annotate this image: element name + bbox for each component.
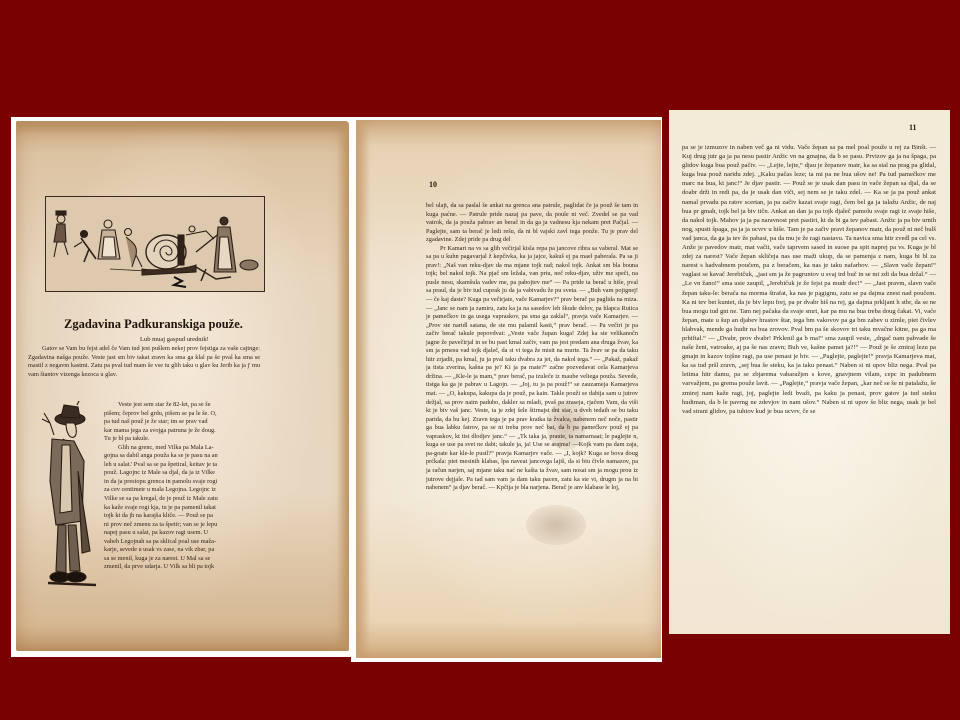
text-line: gojna sa dabil anga použa ka se je pasu … — [104, 452, 260, 461]
text-line: za cev centimetr u mala Legojna. Legojnc… — [104, 486, 260, 495]
old-man-with-umbrella-icon — [30, 401, 100, 596]
text-line: Vilke se sa pa kregal, de je použ iz Mal… — [104, 495, 260, 504]
paper-stain — [526, 505, 586, 545]
text-line: sa se menil, kuga je za narest. U Mal sa… — [104, 555, 260, 564]
aged-paper-sheet: Zgadavina Padkuranskiga použe. Lub muaj … — [16, 121, 349, 651]
paragraph: Pr Kamari na vs sa glih večirjal kisla r… — [426, 245, 638, 493]
old-man-illustration — [30, 401, 100, 596]
text-line: napej pasu u salat, pa kazov ragi usem. … — [104, 529, 260, 538]
text-line: ka kaže svaje rogi kja, tu je pa pamenil… — [104, 504, 260, 513]
text-line: karje, sevede u usak vs zase, na vik zba… — [104, 546, 260, 555]
text-line: ni prov neč zmenu za ta špetir; van se j… — [104, 521, 260, 530]
comic-scene-icon — [46, 197, 263, 290]
paragraph: bel ulajt, da sa paslal še ankat na gren… — [426, 202, 638, 245]
page-photo-left: Zgadavina Padkuranskiga použe. Lub muaj … — [11, 117, 351, 657]
text-line: vabeh Legojnah sa pa sklical poal use ma… — [104, 538, 260, 547]
intro-paragraph: Gatov se Vam bu fejst adel če Vam tud je… — [28, 345, 260, 379]
aged-paper-sheet: 11 pa se je izmuzov in naben več ga ni v… — [669, 110, 950, 634]
page-body-text: bel ulajt, da sa paslal še ankat na gren… — [426, 202, 638, 493]
text-line: Glih na grenc, med Vilka pa Mala La- — [104, 444, 260, 453]
page-photo-middle: 10 bel ulajt, da sa paslal še ankat na g… — [351, 117, 662, 662]
text-line: kar mama jega za svojga patruna je že do… — [104, 427, 260, 436]
text-line: in da ja prestopu grenca in pamolu svaje… — [104, 478, 260, 487]
story-title: Zgadavina Padkuranskiga použe. — [64, 317, 243, 332]
text-line: tojk kt da jh na karajša kliče. — Použ s… — [104, 512, 260, 521]
salutation: Lub muaj gaspud urednik! — [140, 336, 209, 343]
side-text-column: Veste jest sem star že 82-let, pa se še … — [104, 401, 260, 572]
aged-paper-sheet: 10 bel ulajt, da sa paslal še ankat na g… — [356, 120, 661, 658]
text-line: Veste jest sem star že 82-let, pa se še — [104, 401, 260, 410]
text-line: leh u salat.' Pval sa se pa špetiral, ke… — [104, 461, 260, 470]
text-line: pa tud naš použ je že star; tm se prav v… — [104, 418, 260, 427]
text-line: pišem; čeprov bel grdu, pišem se pa le š… — [104, 410, 260, 419]
snail-scene-illustration — [45, 196, 265, 292]
text-line: Tu je bl pa takule. — [104, 435, 260, 444]
page-body-text: pa se je izmuzov in naben več ga ni vidu… — [682, 143, 936, 416]
intro-text: Gatov se Vam bu fejst adel če Vam tud je… — [28, 345, 260, 379]
text-line: zmenil, da prve udarja. U Vilk sa bli pa… — [104, 563, 260, 572]
text-line: použ. Lagojnc iz Male sa djal, da ja iz … — [104, 469, 260, 478]
paragraph: pa se je izmuzov in naben več ga ni vidu… — [682, 143, 936, 416]
page-photo-right: 11 pa se je izmuzov in naben več ga ni v… — [669, 110, 950, 634]
page-number: 11 — [909, 123, 917, 132]
page-number: 10 — [429, 180, 437, 189]
